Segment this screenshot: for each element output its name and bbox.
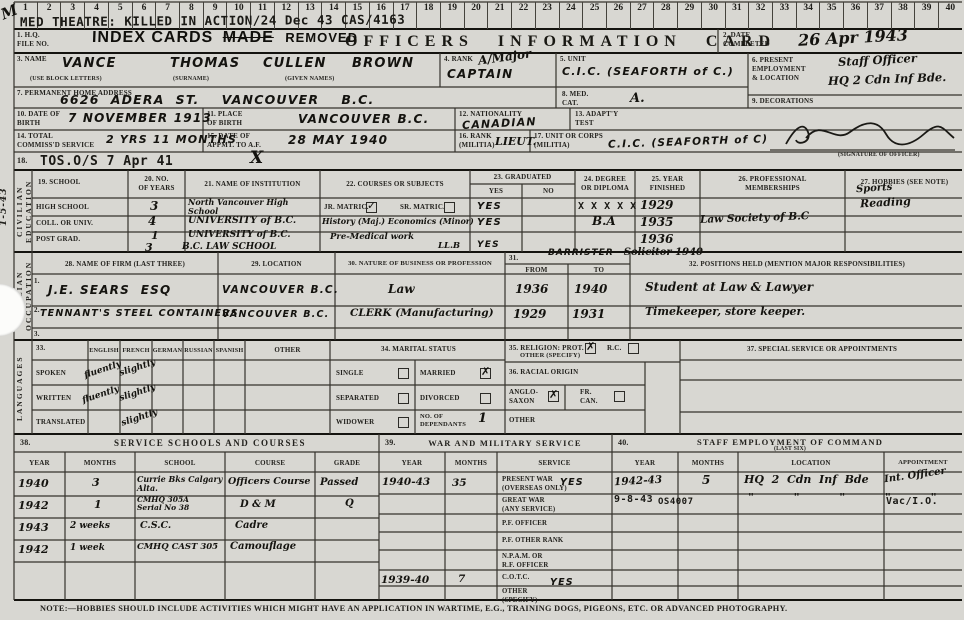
schools-col-months: Months <box>65 459 135 468</box>
course-3-year: 1943 <box>18 522 49 534</box>
row-high-school-label: High School <box>36 203 89 212</box>
dependants-value: 1 <box>478 412 487 426</box>
ruler-number: 32 <box>749 2 773 29</box>
staff-col-months: Months <box>678 459 738 468</box>
dependants-label: No. of Dependants <box>420 413 466 430</box>
location-2: VANCOUVER B.C. <box>222 310 329 321</box>
stamp-made: MADE <box>222 29 274 46</box>
col-courses: 22. Courses or Subjects <box>322 180 468 189</box>
ruler-number: 26 <box>607 2 631 29</box>
staff-2-year: 9-8-43 <box>614 494 653 505</box>
file-no-label: 1. H.Q. File No. <box>17 31 49 49</box>
staff-2-appointment: Vac/I.O. <box>886 496 938 507</box>
staff-col-location: Location <box>738 459 884 468</box>
staff-num: 40. <box>618 438 629 448</box>
college-years: 4 <box>148 215 156 228</box>
jr-matric-label: Jr. Matric. <box>324 203 369 212</box>
separated-checkbox[interactable] <box>398 393 409 404</box>
appmt-date-value: 28 MAY 1940 <box>288 134 388 148</box>
adapty-test-label: 13. Adapt'y Test <box>575 110 618 128</box>
sr-matric-checkbox[interactable] <box>444 202 455 213</box>
course-1-months: 3 <box>92 477 100 489</box>
pob-value: VANCOUVER B.C. <box>298 113 429 127</box>
militia-rank-label: 16. Rank (Militia) <box>459 132 495 150</box>
schools-col-school: School <box>135 459 225 468</box>
ruler-number: 19 <box>441 2 465 29</box>
stamp-index-cards: INDEX CARDS <box>92 29 214 46</box>
tos-number: 18. <box>17 156 28 166</box>
section-label-languages: LANGUAGES <box>15 350 31 426</box>
hs-year-finished: 1929 <box>640 199 673 212</box>
barrister-overlay: BARRISTER Solicitor 1940 <box>548 242 703 260</box>
col-graduated-no: No <box>522 187 575 196</box>
course-4-year: 1942 <box>18 544 49 556</box>
row-written: Written <box>36 394 71 403</box>
occupation-row-1-num: 1. <box>34 277 40 286</box>
casualty-stamp: MED THEATRE: KILLED IN ACTION/24 Dec 43 … <box>20 12 405 30</box>
course-1-grade: Passed <box>320 477 358 488</box>
firm-1: J.E. SEARS ESQ <box>48 284 171 298</box>
married-checkbox[interactable] <box>480 368 491 379</box>
unit-label: 5. Unit <box>560 55 586 64</box>
ruler-number: 31 <box>726 2 750 29</box>
surname-note: (Surname) <box>173 76 209 84</box>
postgrad-courses-2: LL.B <box>438 242 460 251</box>
course-4-school: CMHQ CAST 305 <box>137 543 218 552</box>
fr-can-label: Fr. Can. <box>580 388 598 406</box>
ruler-number: 36 <box>844 2 868 29</box>
religion-other-label: Other (specify) <box>520 352 580 360</box>
cotc-year: 1939-40 <box>381 575 429 587</box>
surname-value: VANCE <box>62 57 117 72</box>
war-col-months: Months <box>445 459 497 468</box>
positions-1: Student at Law & Lawyer <box>645 281 813 294</box>
staff-col-year: Year <box>612 459 678 468</box>
single-checkbox[interactable] <box>398 368 409 379</box>
college-degree: B.A <box>592 215 616 228</box>
overlay-text: Solicitor 1940 <box>624 247 703 258</box>
ruler-number: 23 <box>536 2 560 29</box>
overlay-struck: BARRISTER <box>548 248 614 258</box>
row-translated: Translated <box>36 418 85 427</box>
from-1: 1936 <box>515 283 548 296</box>
ruler-number: 30 <box>702 2 726 29</box>
hs-institution: North Vancouver High School <box>188 198 288 216</box>
ruler-number: 39 <box>915 2 939 29</box>
ruler-number: 24 <box>560 2 584 29</box>
staff-1-location: HQ 2 Cdn Inf Bde <box>744 474 869 486</box>
given-name-1: THOMAS <box>170 57 240 72</box>
stamp-removed: REMOVED <box>285 30 358 45</box>
signature-caption: (Signature of Officer) <box>838 152 920 160</box>
address-value: 6626 ADERA ST. VANCOUVER B.C. <box>60 93 374 107</box>
anglo-saxon-label: Anglo- Saxon <box>509 388 538 406</box>
service-npam: N.P.A.M. or R.F. Officer <box>502 553 549 571</box>
staff-1-months: 5 <box>702 474 710 487</box>
schools-num: 38. <box>20 438 31 448</box>
staff-subtitle: (last six) <box>640 446 940 454</box>
col-institution: 21. Name of Institution <box>187 180 318 189</box>
present-war-months: 35 <box>452 478 467 490</box>
college-graduated: YES <box>477 217 502 229</box>
course-2-year: 1942 <box>18 500 49 512</box>
col-school: 19. School <box>38 178 80 187</box>
schools-col-course: Course <box>225 459 315 468</box>
divorced-label: Divorced <box>420 394 460 403</box>
service-pf-officer: P.F. Officer <box>502 520 547 529</box>
service-other: Other (Specify) <box>502 588 537 606</box>
service-great-war: Great War (Any Service) <box>502 497 555 515</box>
tos-check-mark: X <box>250 149 263 168</box>
schools-title: SERVICE SCHOOLS AND COURSES <box>60 438 360 450</box>
ruler-number: 35 <box>820 2 844 29</box>
col-year-finished: 25. Year Finished <box>637 175 698 193</box>
col-positions: 32. Positions Held (Mention major respon… <box>632 260 962 269</box>
course-1-course: Officers Course <box>228 477 310 487</box>
service-cotc: C.O.T.C. <box>502 574 530 583</box>
block-letters-note: (Use block letters) <box>30 76 102 84</box>
service-pf-other-rank: P.F. Other Rank <box>502 537 563 546</box>
course-3-course: Cadre <box>235 520 268 531</box>
rank-value: CAPTAIN <box>447 68 513 82</box>
ruler-number: 27 <box>631 2 655 29</box>
officers-information-card: 1234567891011121314151617181920212223242… <box>0 0 964 620</box>
widower-label: Widower <box>336 418 374 427</box>
course-2-school: CMHQ 305A Serial No 38 <box>137 496 189 513</box>
row-spoken: Spoken <box>36 369 66 378</box>
course-4-months: 1 week <box>70 544 105 554</box>
course-4-course: Camouflage <box>230 541 296 552</box>
officer-signature <box>782 116 957 152</box>
schools-col-year: Year <box>14 459 65 468</box>
index-cards-stamp: INDEX CARDS MADE REMOVED <box>92 29 359 47</box>
ruler-number: 34 <box>797 2 821 29</box>
decorations-label: 9. Decorations <box>752 97 813 106</box>
ruler-number: 37 <box>868 2 892 29</box>
course-2-grade: Q <box>345 498 354 509</box>
col-russian: Russian <box>183 347 214 355</box>
med-cat-label: 8. Med. Cat. <box>562 90 588 108</box>
pob-label: 11. Place of Birth <box>207 110 243 128</box>
sr-matric-label: Sr. Matric. <box>400 203 445 212</box>
col-german: German <box>152 347 183 355</box>
section-label-civilian-education: CIVILIAN EDUCATION <box>15 172 31 250</box>
employment-label: 6. Present Employment & Location <box>752 56 806 83</box>
course-3-months: 2 weeks <box>70 522 110 532</box>
col-degree: 24. Degree or Diploma <box>577 175 633 193</box>
positions-2: Timekeeper, store keeper. <box>645 306 805 318</box>
postgrad-years-2: 3 <box>145 242 153 254</box>
col-other: Other <box>245 346 330 355</box>
war-num: 39. <box>385 438 396 448</box>
hobbies-note: NOTE:—HOBBIES SHOULD INCLUDE ACTIVITIES … <box>40 604 950 615</box>
name-label: 3. Name <box>17 55 47 64</box>
militia-rank-value: LIEUT. <box>495 136 536 148</box>
course-3-school: C.S.C. <box>140 521 171 531</box>
occupation-row-3-num: 3. <box>34 330 40 339</box>
row-postgrad-label: Post Grad. <box>36 235 80 244</box>
col-graduated-yes: Yes <box>470 187 522 196</box>
postgrad-institution-1: UNIVERSITY of B.C. <box>188 231 290 241</box>
given-name-2: CULLEN <box>263 57 327 72</box>
course-1-school: Currie Bks Calgary Alta. <box>137 475 222 493</box>
hs-degree: X X X X X <box>578 201 637 212</box>
dob-value: 7 NOVEMBER 1913 <box>68 112 212 126</box>
occupation-row-2-num: 2. <box>34 306 40 315</box>
cotc-months: 7 <box>458 574 465 586</box>
nature-2: CLERK (Manufacturing) <box>350 308 494 320</box>
col-location: 29. Location <box>220 260 333 269</box>
given-name-3: BROWN <box>352 57 414 72</box>
religion-rc-checkbox[interactable] <box>628 343 639 354</box>
widower-checkbox[interactable] <box>398 417 409 428</box>
racial-origin-header: 36. Racial Origin <box>509 368 578 377</box>
college-institution: UNIVERSITY of B.C. <box>188 216 296 226</box>
med-cat-value: A. <box>630 92 645 106</box>
ruler-number: 25 <box>583 2 607 29</box>
postgrad-graduated: YES <box>477 240 500 250</box>
separated-label: Separated <box>336 394 379 403</box>
col-years: 20. No. of Years <box>130 175 183 193</box>
firm-2: TENNANT'S STEEL CONTAINERS <box>40 309 239 320</box>
war-col-year: Year <box>379 459 445 468</box>
marital-header: 34. Marital Status <box>332 345 505 354</box>
col-memberships: 26. Professional Memberships <box>702 175 843 193</box>
college-year-finished: 1935 <box>640 216 673 229</box>
col-firm: 28. Name of Firm (Last three) <box>40 260 210 269</box>
staff-col-appointment: Appointment <box>884 459 962 467</box>
ruler-number: 40 <box>939 2 962 29</box>
cotc-answer: YES <box>550 578 574 589</box>
course-2-months: 1 <box>94 499 102 511</box>
schools-col-grade: Grade <box>315 459 379 468</box>
ruler-number: 22 <box>512 2 536 29</box>
col-31: 31. <box>509 254 518 263</box>
ruler-number: 20 <box>465 2 489 29</box>
postgrad-courses-1: Pre-Medical work <box>330 233 414 242</box>
present-war-answer: YES <box>560 478 584 489</box>
given-names-note: (Given names) <box>285 76 334 84</box>
col-french: French <box>120 347 152 355</box>
course-1-year: 1940 <box>18 478 49 490</box>
ruler-number: 29 <box>678 2 702 29</box>
ruler-number: 33 <box>773 2 797 29</box>
ruler-number: 28 <box>654 2 678 29</box>
languages-num: 33. <box>36 344 45 353</box>
militia-unit-label: 17. Unit or Corps (Militia) <box>534 132 603 150</box>
ruler-number: 18 <box>417 2 441 29</box>
rank-label: 4. Rank <box>444 55 473 64</box>
col-graduated: 23. Graduated <box>472 173 573 182</box>
dob-label: 10. Date of Birth <box>17 110 60 128</box>
course-2-course: D & M <box>240 499 276 510</box>
present-war-year: 1940-43 <box>382 477 430 489</box>
college-courses: History (Maj.) Economics (Minor) <box>322 217 474 226</box>
hs-graduated: YES <box>477 201 502 213</box>
to-1: 1940 <box>574 283 607 296</box>
nature-1: Law <box>388 283 415 296</box>
war-title: WAR AND MILITARY SERVICE <box>400 438 610 449</box>
total-service-value: 2 YRS 11 MONTHS <box>106 134 237 147</box>
from-2: 1929 <box>513 308 546 321</box>
total-service-label: 14. Total Commiss'd Service <box>17 132 94 150</box>
margin-date-note: 1-5-43 <box>0 172 13 242</box>
ruler-number: 21 <box>488 2 512 29</box>
row-college-label: Coll. or Univ. <box>36 219 93 228</box>
col-from: From <box>505 266 568 275</box>
religion-prot-checkbox[interactable] <box>585 343 596 354</box>
tos-value: TOS.O/S 7 Apr 41 <box>40 154 173 169</box>
single-label: Single <box>336 369 364 378</box>
col-spanish: Spanish <box>214 347 245 355</box>
date-completed-label: 2. Date Completed <box>723 31 770 49</box>
service-present-war: Present War (Overseas only) <box>502 476 567 494</box>
col-nature: 30. Nature of Business or Profession <box>337 260 503 269</box>
special-service-header: 37. Special Service or Appointments <box>682 345 962 354</box>
divorced-checkbox[interactable] <box>480 393 491 404</box>
jr-matric-checkbox[interactable] <box>366 202 377 213</box>
war-col-service: Service <box>497 459 612 468</box>
fr-can-checkbox[interactable] <box>614 391 625 402</box>
to-2: 1931 <box>572 308 605 321</box>
staff-2-serial: OS4007 <box>658 497 694 507</box>
religion-rc-label: R.C. <box>607 344 621 353</box>
col-english: English <box>88 347 120 355</box>
postgrad-institution-2: B.C. LAW SCHOOL <box>182 243 276 253</box>
racial-other-label: Other <box>509 416 535 425</box>
married-label: Married <box>420 369 456 378</box>
location-1: VANCOUVER B.C. <box>222 284 339 296</box>
unit-value: C.I.C. (SEAFORTH of C.) <box>562 66 734 79</box>
col-to: To <box>568 266 630 275</box>
page-title: OFFICERS INFORMATION CARD <box>345 33 776 51</box>
hs-years: 3 <box>150 200 158 213</box>
anglo-saxon-checkbox[interactable] <box>548 391 559 402</box>
